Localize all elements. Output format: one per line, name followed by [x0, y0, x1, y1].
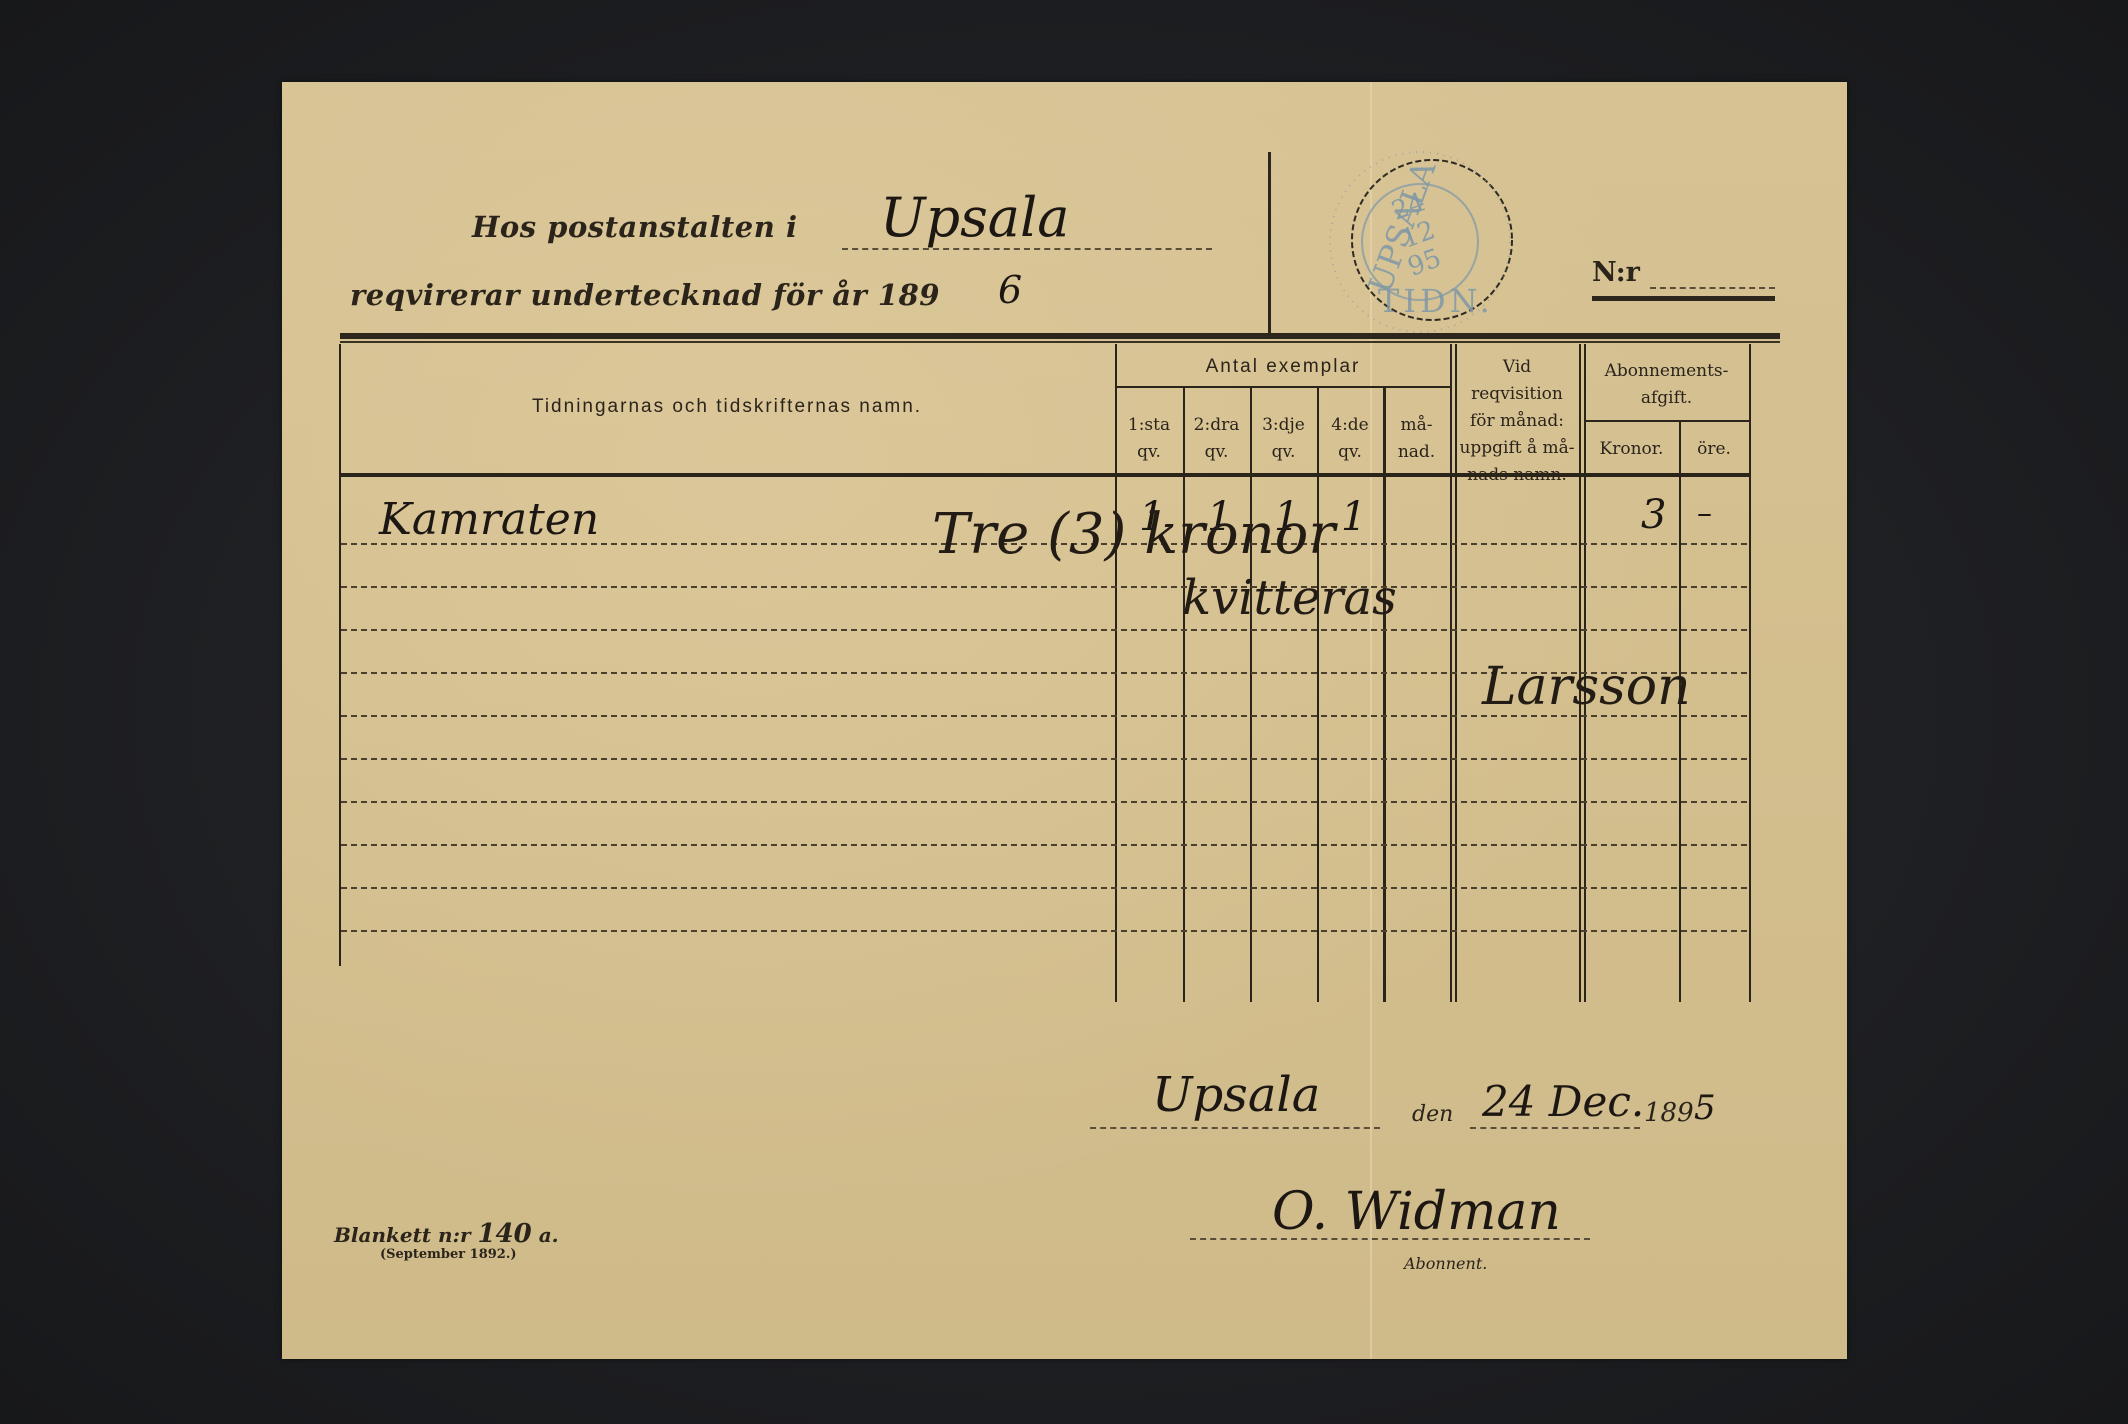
q1-header: 1:staqv. [1115, 412, 1183, 466]
form-date: (September 1892.) [380, 1247, 517, 1262]
annotation-receipt: kvitteras [1182, 570, 1397, 626]
q4-header: 4:deqv. [1317, 412, 1383, 466]
date-value: 24 Dec. [1482, 1077, 1644, 1126]
number-label: N:r [1592, 257, 1640, 288]
row-line-7 [341, 801, 1747, 803]
abonnement-header: Abonnements-afgift. [1584, 358, 1749, 412]
row-1-ore: – [1697, 496, 1712, 531]
place-dotted-line [1090, 1127, 1380, 1129]
date-dotted-line [1470, 1127, 1640, 1129]
kronor-header: Kronor. [1584, 436, 1679, 463]
vid-reqvisition-header: Vid reqvisitionför månad:uppgift å må-na… [1455, 354, 1579, 489]
requisition-year-value: 6 [998, 268, 1022, 312]
row-line-10 [341, 930, 1747, 932]
annotation-signature: Larsson [1482, 657, 1691, 717]
annotation-amount: Tre (3) kronor [932, 502, 1335, 567]
stamp-bottom-text: TIDN. [1378, 282, 1494, 320]
abonnent-label: Abonnent. [1404, 1254, 1487, 1273]
table-left-border [339, 344, 341, 966]
col-divider-q1 [1183, 386, 1185, 1002]
table-top-thin-rule [340, 341, 1780, 343]
table-right-border [1749, 344, 1751, 1002]
antal-sub-rule [1115, 386, 1451, 388]
col-divider-q4 [1383, 386, 1386, 1002]
den-label: den [1412, 1102, 1453, 1127]
year-prefix: 189 [1644, 1098, 1694, 1128]
q3-header: 3:djeqv. [1250, 412, 1317, 466]
requisition-year-label: reqvirerar undertecknad för år 189 [350, 278, 940, 312]
q2-header: 2:draqv. [1183, 412, 1250, 466]
row-line-8 [341, 844, 1747, 846]
number-underline [1592, 296, 1775, 301]
col-divider-q3 [1317, 386, 1319, 1002]
row-1-kronor: 3 [1641, 492, 1666, 538]
row-line-2 [341, 586, 1747, 588]
header-divider [1268, 152, 1271, 337]
col-divider-q2 [1250, 386, 1252, 1002]
name-column-header: Tidningarnas och tidskrifternas namn. [339, 396, 1115, 418]
subscription-table: Tidningarnas och tidskrifternas namn. An… [339, 344, 1781, 1102]
manad-header: må-nad. [1383, 412, 1450, 466]
row-line-6 [341, 758, 1747, 760]
form-number: Blankett n:r 140 a. [334, 1219, 559, 1249]
post-office-value: Upsala [880, 186, 1069, 249]
row-1-q4: 1 [1341, 494, 1366, 540]
row-line-9 [341, 887, 1747, 889]
abonnement-sub-rule [1584, 420, 1751, 422]
year-suffix: 5 [1694, 1088, 1716, 1128]
antal-column-header: Antal exemplar [1115, 356, 1451, 378]
form-paper: Hos postanstalten i Upsala reqvirerar un… [282, 82, 1847, 1359]
row-1-name: Kamraten [379, 494, 599, 545]
subscriber-signature: O. Widman [1272, 1182, 1561, 1242]
table-top-thick-rule [340, 333, 1780, 339]
row-line-3 [341, 629, 1747, 631]
post-office-label: Hos postanstalten i [472, 210, 797, 244]
place-value: Upsala [1152, 1067, 1320, 1123]
ore-header: öre. [1679, 436, 1749, 463]
number-field[interactable] [1650, 287, 1775, 289]
